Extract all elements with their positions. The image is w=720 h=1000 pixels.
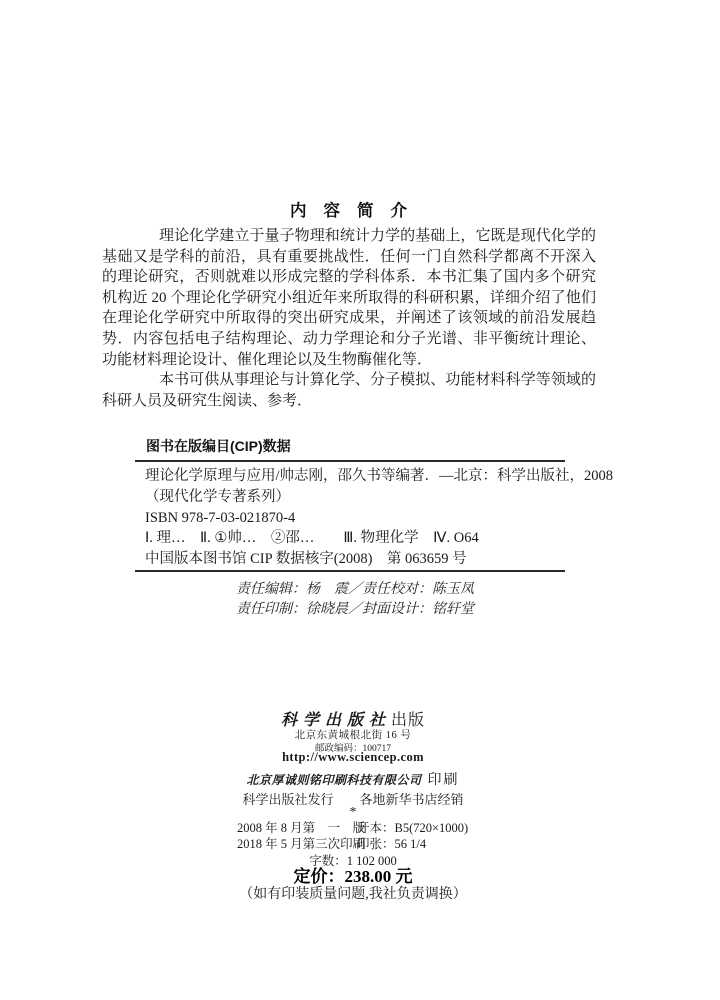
staff-credits: 责任编辑：杨 震／责任校对：陈玉凤 责任印制：徐晓晨／封面设计：铭轩堂 — [0, 580, 710, 620]
cip-series-line: （现代化学专著系列） — [145, 487, 613, 508]
cip-title-line: 理论化学原理与应用/帅志刚，邵久书等编著．—北京：科学出版社，2008 — [145, 466, 613, 487]
edition-date: 2008 年 8 月第 一 版 — [237, 821, 357, 837]
cip-registry-line: 中国版本图书馆 CIP 数据核字(2008) 第 063659 号 — [145, 549, 613, 570]
separator-star: * — [0, 805, 706, 821]
publisher-website: http://www.sciencep.com — [0, 750, 706, 765]
section-title: 内容简介 — [0, 197, 706, 221]
edition-info-block: 2008 年 8 月第 一 版 开本：B5(720×1000) 2018 年 5… — [237, 821, 477, 852]
impression-date: 2018 年 5 月第三次印刷 — [237, 837, 357, 853]
cip-top-rule — [135, 460, 565, 462]
cip-heading: 图书在版编目(CIP)数据 — [146, 436, 291, 456]
cip-bottom-rule — [135, 570, 565, 572]
staff-line-editor: 责任编辑：杨 震／责任校对：陈玉凤 — [0, 580, 710, 600]
quality-note: （如有印装质量问题,我社负责调换） — [0, 883, 706, 903]
introduction-text: 理论化学建立于量子物理和统计力学的基础上，它既是现代化学的基础又是学科的前沿，具… — [102, 226, 596, 411]
cip-isbn-line: ISBN 978-7-03-021870-4 — [145, 508, 613, 529]
cip-classification-line: Ⅰ. 理… Ⅱ. ①帅… ②邵… Ⅲ. 物理化学 Ⅳ. O64 — [145, 528, 613, 549]
impression-row: 2018 年 5 月第三次印刷 印张：56 1/4 — [237, 837, 477, 853]
printer-line: 北京厚诚则铭印刷科技有限公司印刷 — [0, 769, 706, 789]
intro-paragraph-2: 本书可供从事理论与计算化学、分子模拟、功能材料科学等领域的科研人员及研究生阅读、… — [102, 370, 596, 411]
edition-row: 2008 年 8 月第 一 版 开本：B5(720×1000) — [237, 821, 477, 837]
sheets-spec: 印张：56 1/4 — [357, 837, 477, 853]
format-spec: 开本：B5(720×1000) — [357, 821, 477, 837]
intro-paragraph-1: 理论化学建立于量子物理和统计力学的基础上，它既是现代化学的基础又是学科的前沿，具… — [102, 226, 596, 370]
printer-company-name: 北京厚诚则铭印刷科技有限公司 — [246, 773, 421, 787]
book-copyright-page: 内容简介 理论化学建立于量子物理和统计力学的基础上，它既是现代化学的基础又是学科… — [0, 0, 720, 1000]
printer-print-label: 印刷 — [428, 773, 460, 788]
staff-line-printing: 责任印制：徐晓晨／封面设计：铭轩堂 — [0, 600, 710, 620]
cip-data-block: 理论化学原理与应用/帅志刚，邵久书等编著．—北京：科学出版社，2008 （现代化… — [145, 466, 613, 570]
